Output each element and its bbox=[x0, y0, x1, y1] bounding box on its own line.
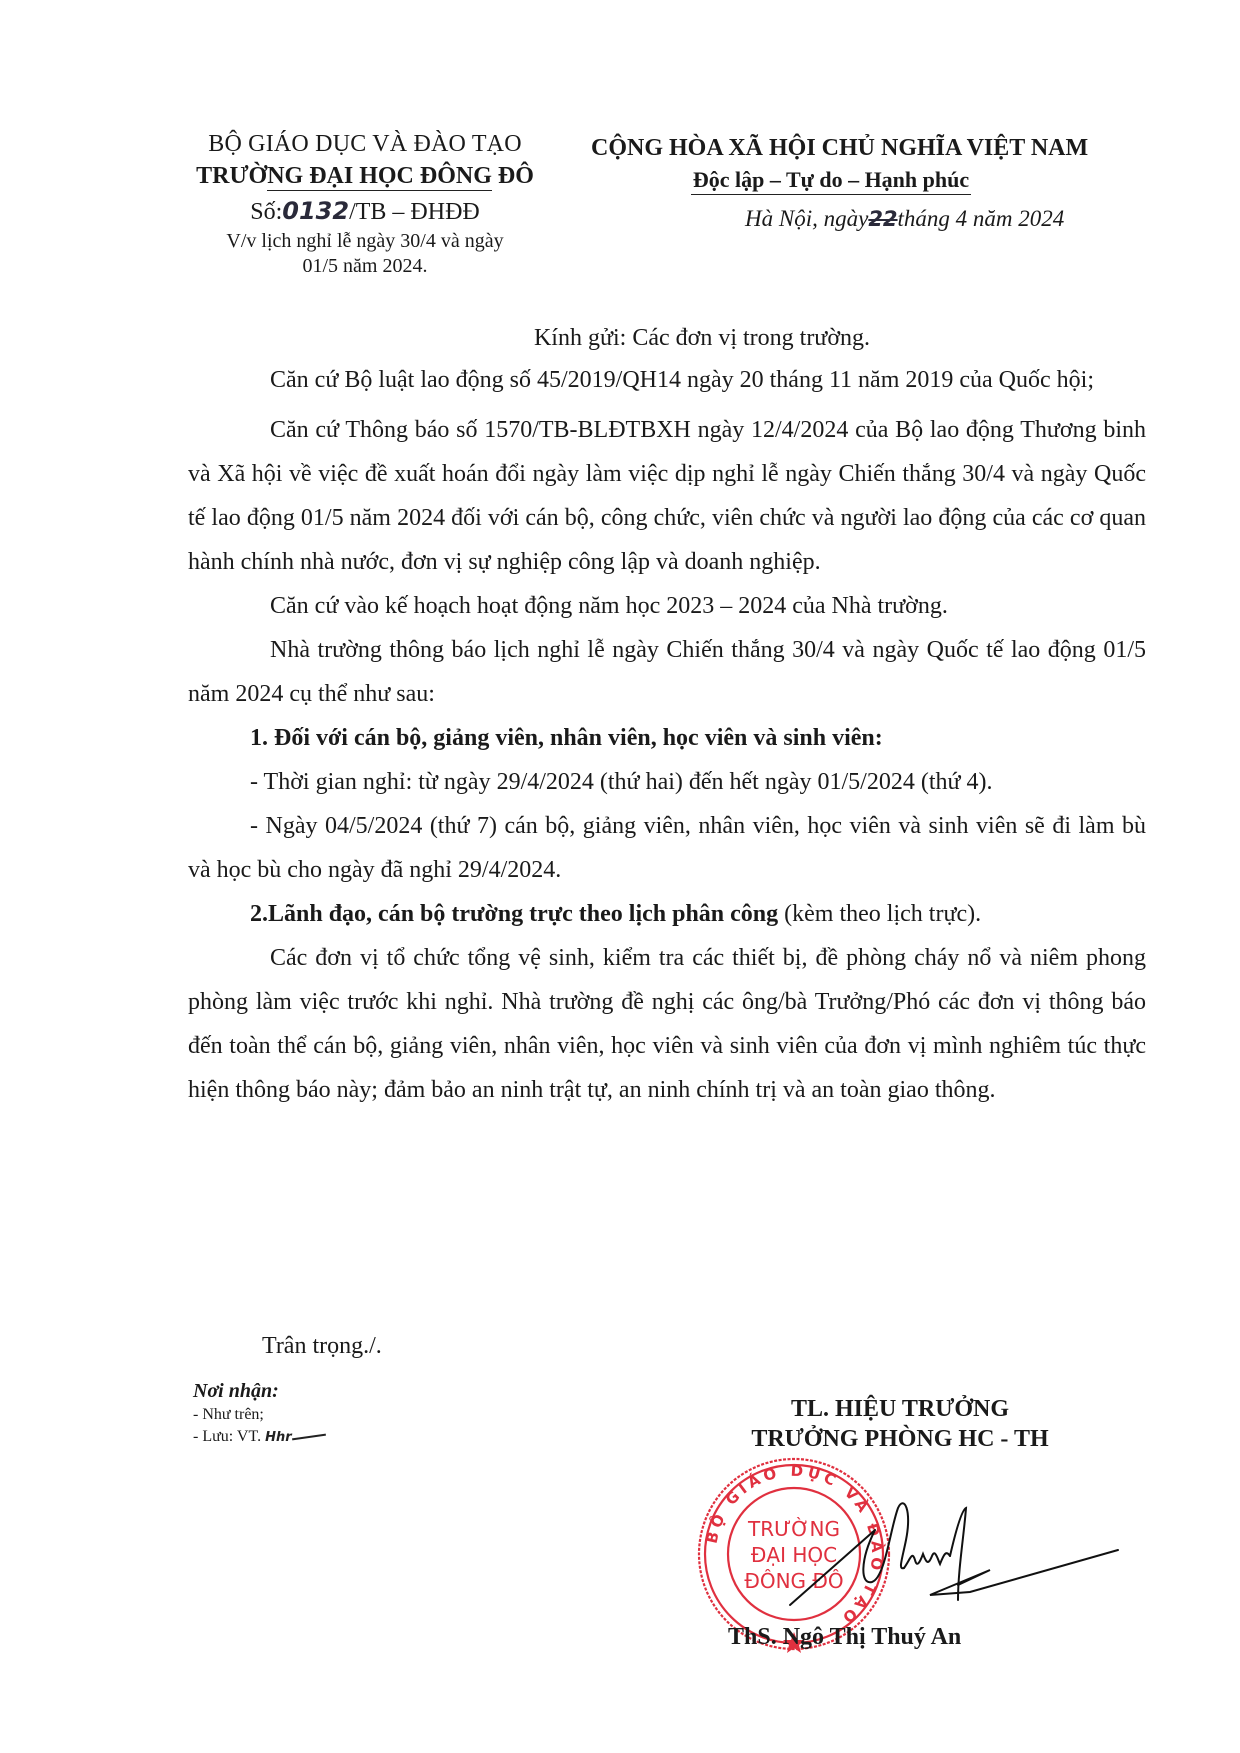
section-1-item-1: - Thời gian nghỉ: từ ngày 29/4/2024 (thứ… bbox=[188, 760, 1146, 804]
issuer-block: BỘ GIÁO DỤC VÀ ĐÀO TẠO TRƯỜNG ĐẠI HỌC ĐÔ… bbox=[175, 128, 555, 279]
nation-title: CỘNG HÒA XÃ HỘI CHỦ NGHĨA VIỆT NAM bbox=[585, 132, 1125, 164]
document-page: BỘ GIÁO DỤC VÀ ĐÀO TẠO TRƯỜNG ĐẠI HỌC ĐÔ… bbox=[0, 0, 1240, 1753]
signer-name: ThS. Ngô Thị Thuý An bbox=[728, 1624, 961, 1651]
signature-block: TL. HIỆU TRƯỞNG TRƯỞNG PHÒNG HC - TH bbox=[700, 1394, 1100, 1454]
subject-line-2: 01/5 năm 2024. bbox=[175, 254, 555, 279]
school-name: TRƯỜNG ĐẠI HỌC ĐÔNG ĐÔ bbox=[175, 160, 555, 192]
recipients-label: Nơi nhận: bbox=[193, 1378, 326, 1404]
recipient-line: Kính gửi: Các đơn vị trong trường. bbox=[188, 318, 1146, 358]
section-1-heading: 1. Đối với cán bộ, giảng viên, nhân viên… bbox=[188, 716, 1146, 760]
section-2: 2.Lãnh đạo, cán bộ trường trực theo lịch… bbox=[188, 892, 1146, 936]
handwritten-doc-number: 0132 bbox=[282, 197, 349, 225]
announcement-paragraph: Nhà trường thông báo lịch nghỉ lễ ngày C… bbox=[188, 628, 1146, 716]
recipient-item: - Như trên; bbox=[193, 1404, 326, 1426]
initials-stroke bbox=[292, 1434, 326, 1441]
basis-paragraph-3: Căn cứ vào kế hoạch hoạt động năm học 20… bbox=[188, 584, 1146, 628]
document-number: Số:0132/TB – ĐHĐĐ bbox=[175, 194, 555, 229]
basis-paragraph-1: Căn cứ Bộ luật lao động số 45/2019/QH14 … bbox=[188, 358, 1146, 402]
section-1-item-2: - Ngày 04/5/2024 (thứ 7) cán bộ, giảng v… bbox=[188, 804, 1146, 892]
notice-body: Kính gửi: Các đơn vị trong trường. Căn c… bbox=[188, 318, 1146, 1112]
handwritten-signature-icon bbox=[780, 1490, 1120, 1610]
handwritten-day: 22 bbox=[868, 207, 897, 231]
subject-line-1: V/v lịch nghỉ lễ ngày 30/4 và ngày bbox=[175, 229, 555, 254]
recipient-item: - Lưu: VT.Hhr bbox=[193, 1426, 326, 1449]
place-date: Hà Nội, ngày22tháng 4 năm 2024 bbox=[585, 202, 1125, 236]
signature-title-1: TL. HIỆU TRƯỞNG bbox=[700, 1394, 1100, 1424]
national-header: CỘNG HÒA XÃ HỘI CHỦ NGHĨA VIỆT NAM Độc l… bbox=[585, 132, 1125, 236]
motto: Độc lập – Tự do – Hạnh phúc bbox=[611, 164, 1051, 196]
signature-title-2: TRƯỞNG PHÒNG HC - TH bbox=[700, 1424, 1100, 1454]
ministry-name: BỘ GIÁO DỤC VÀ ĐÀO TẠO bbox=[175, 128, 555, 160]
regards: Trân trọng./. bbox=[262, 1326, 382, 1366]
basis-paragraph-2: Căn cứ Thông báo số 1570/TB-BLĐTBXH ngày… bbox=[188, 408, 1146, 584]
archive-initials: Hhr bbox=[265, 1430, 292, 1445]
closing-paragraph: Các đơn vị tổ chức tổng vệ sinh, kiểm tr… bbox=[188, 936, 1146, 1112]
recipients-block: Nơi nhận: - Như trên; - Lưu: VT.Hhr bbox=[193, 1378, 326, 1449]
